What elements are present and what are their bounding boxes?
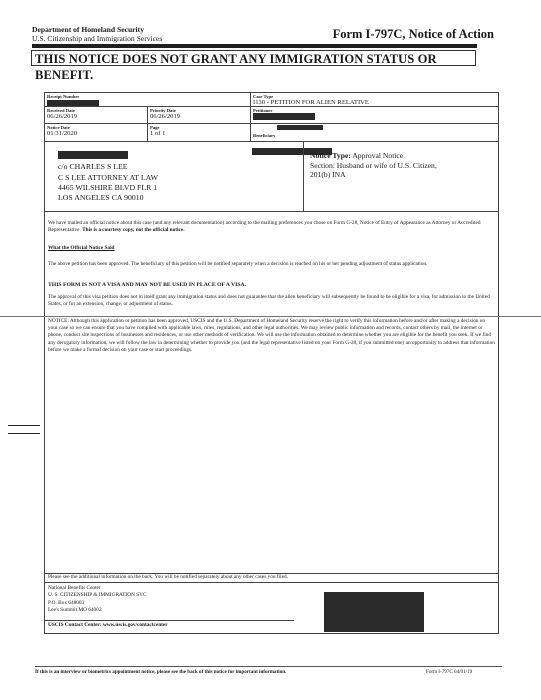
notice-section: Section: Husband or wife of U.S. Citizen… xyxy=(310,161,437,171)
priority-date-cell: Priority Date 06/26/2019 xyxy=(148,107,250,120)
approval-paragraph: The above petition has been approved. Th… xyxy=(48,261,495,268)
mailing-address: c/o CHARLES S LEE C S LEE ATTORNEY AT LA… xyxy=(58,151,158,203)
address-divider xyxy=(303,142,304,211)
section-heading: What the Official Notice Said xyxy=(48,245,115,252)
address-line: c/o CHARLES S LEE xyxy=(58,162,158,172)
notice-date-cell: Notice Date 01/31/2020 xyxy=(45,124,147,137)
courtesy-bold-text: This is a courtesy copy, not the officia… xyxy=(82,227,184,233)
received-date-cell: Received Date 06/26/2019 xyxy=(45,107,147,120)
notice-date-value: 01/31/2020 xyxy=(45,130,147,137)
notice-section-2: 201(b) INA xyxy=(310,170,437,180)
beneficiary-redacted xyxy=(277,125,323,130)
contact-center: USCIS Contact Center: www.uscis.gov/cont… xyxy=(48,622,168,629)
petitioner-redacted xyxy=(253,113,315,120)
verification-notice: NOTICE: Although this application or pet… xyxy=(48,318,495,354)
footer-note: If this is an interview or biometrics ap… xyxy=(35,669,286,675)
notice-type-label: Notice Type: xyxy=(310,151,351,160)
scan-mark xyxy=(8,425,40,426)
scan-mark xyxy=(8,433,40,434)
status-banner: THIS NOTICE DOES NOT GRANT ANY IMMIGRATI… xyxy=(31,50,476,66)
case-type-cell: Case Type I130 - PETITION FOR ALIEN RELA… xyxy=(251,93,499,106)
notice-body-box xyxy=(44,142,499,634)
case-info-grid: Receipt Number Case Type I130 - PETITION… xyxy=(44,92,499,142)
section-divider xyxy=(44,620,294,621)
notice-type-block: Notice Type: Approval Notice Section: Hu… xyxy=(310,151,437,180)
office-line: P.O. Box 648003 xyxy=(48,600,147,607)
agency-service: U.S. Citizenship and Immigration Service… xyxy=(32,34,162,43)
notice-type-value: Approval Notice xyxy=(352,151,403,160)
office-address: National Benefits Center U. S. CITIZENSH… xyxy=(48,585,147,614)
form-title: Form I-797C, Notice of Action xyxy=(333,27,494,42)
beneficiary-label: Beneficiary xyxy=(251,132,277,138)
address-line: 4465 WILSHIRE BLVD FLR 1 xyxy=(58,183,158,193)
form-edition: Form I-797C 04/01/19 xyxy=(426,669,472,675)
received-date-value: 06/26/2019 xyxy=(45,113,147,120)
receipt-number-cell: Receipt Number xyxy=(45,93,250,108)
receipt-number-redacted xyxy=(47,100,99,106)
agency-header: Department of Homeland Security U.S. Cit… xyxy=(32,25,162,43)
office-line: Lee's Summit MO 64002 xyxy=(48,607,147,614)
office-line: National Benefits Center xyxy=(48,585,147,592)
page-cell: Page 1 of 1 xyxy=(148,124,250,137)
address-line: C S LEE ATTORNEY AT LAW xyxy=(58,173,158,183)
approval-disclaimer: The approval of this visa petition does … xyxy=(48,294,495,308)
scan-artifact-line xyxy=(0,316,541,317)
barcode-redacted xyxy=(324,592,424,632)
footer-rule xyxy=(35,666,502,667)
office-line: U. S. CITIZENSHIP & IMMIGRATION SVC xyxy=(48,592,147,599)
agency-department: Department of Homeland Security xyxy=(32,25,162,34)
section-divider xyxy=(44,582,499,583)
page-value: 1 of 1 xyxy=(148,130,250,137)
case-type-value: I130 - PETITION FOR ALIEN RELATIVE xyxy=(251,99,499,106)
section-divider xyxy=(44,211,499,212)
petitioner-cell: Petitioner xyxy=(251,107,499,122)
priority-date-value: 06/26/2019 xyxy=(148,113,250,120)
visa-warning: THIS FORM IS NOT A VISA AND MAY NOT BE U… xyxy=(48,282,246,289)
address-line: LOS ANGELES CA 90010 xyxy=(58,193,158,203)
header-rule xyxy=(32,44,477,48)
courtesy-copy-paragraph: We have mailed an official notice about … xyxy=(48,220,495,234)
additional-info: Please see the additional information on… xyxy=(48,574,288,581)
addressee-redacted xyxy=(58,151,128,159)
